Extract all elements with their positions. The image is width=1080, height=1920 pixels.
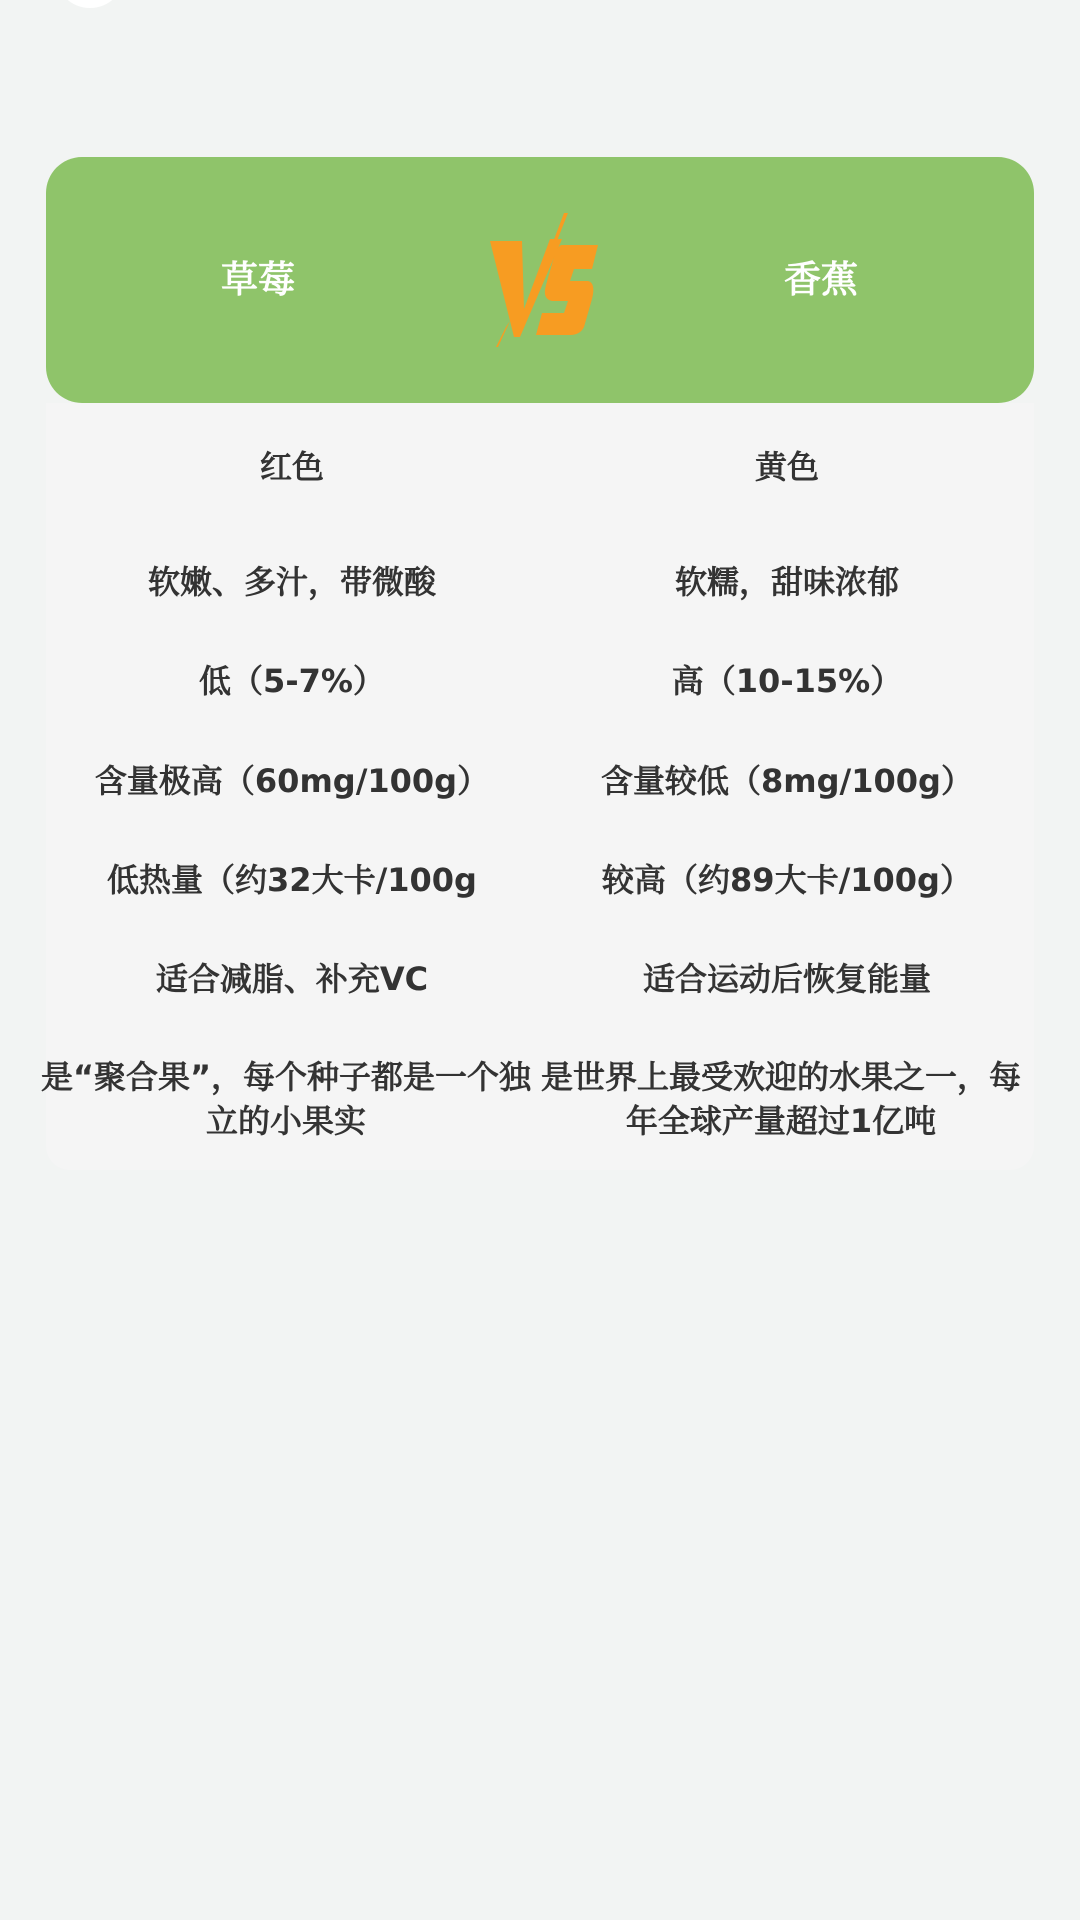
- comparison-row-sugar: 低（5-7%） 高（10-15%）: [46, 659, 1034, 703]
- comparison-row-texture: 软嫩、多汁，带微酸 软糯，甜味浓郁: [46, 560, 1034, 604]
- right-cell: 适合运动后恢复能量: [540, 957, 1034, 1001]
- left-cell: 适合减脂、补充VC: [45, 957, 539, 1001]
- left-cell: 低热量（约32大卡/100g: [45, 858, 539, 902]
- comparison-row-calories: 低热量（约32大卡/100g 较高（约89大卡/100g）: [46, 858, 1034, 902]
- left-cell: 软嫩、多汁，带微酸: [45, 560, 539, 604]
- right-cell: 软糯，甜味浓郁: [540, 560, 1034, 604]
- right-cell: 高（10-15%）: [540, 659, 1034, 703]
- comparison-table: 红色 黄色 软嫩、多汁，带微酸 软糯，甜味浓郁 低（5-7%） 高（10-15%…: [46, 403, 1034, 1170]
- comparison-row-fun-fact: 是“聚合果”，每个种子都是一个独立的小果实 是世界上最受欢迎的水果之一，每年全球…: [46, 1055, 1034, 1143]
- comparison-row-color: 红色 黄色: [46, 445, 1034, 489]
- right-cell: 是世界上最受欢迎的水果之一，每年全球产量超过1亿吨: [534, 1055, 1028, 1143]
- vs-badge-icon: [484, 209, 602, 349]
- left-cell: 低（5-7%）: [45, 659, 539, 703]
- right-cell: 较高（约89大卡/100g）: [540, 858, 1034, 902]
- avatar[interactable]: [55, 0, 125, 8]
- right-cell: 黄色: [540, 445, 1034, 489]
- comparison-row-suitability: 适合减脂、补充VC 适合运动后恢复能量: [46, 957, 1034, 1001]
- fruit-comparison-card: 草莓 香蕉 红色 黄色 软嫩、多汁，带微酸 软糯，甜味浓郁 低（5-7%） 高（…: [46, 157, 1034, 1170]
- comparison-header: 草莓 香蕉: [46, 157, 1034, 403]
- right-cell: 含量较低（8mg/100g）: [540, 759, 1034, 803]
- left-cell: 含量极高（60mg/100g）: [45, 759, 539, 803]
- right-fruit-title: 香蕉: [671, 157, 971, 403]
- left-cell: 是“聚合果”，每个种子都是一个独立的小果实: [39, 1055, 533, 1143]
- left-fruit-title: 草莓: [108, 157, 408, 403]
- comparison-row-vitamin-c: 含量极高（60mg/100g） 含量较低（8mg/100g）: [46, 759, 1034, 803]
- left-cell: 红色: [45, 445, 539, 489]
